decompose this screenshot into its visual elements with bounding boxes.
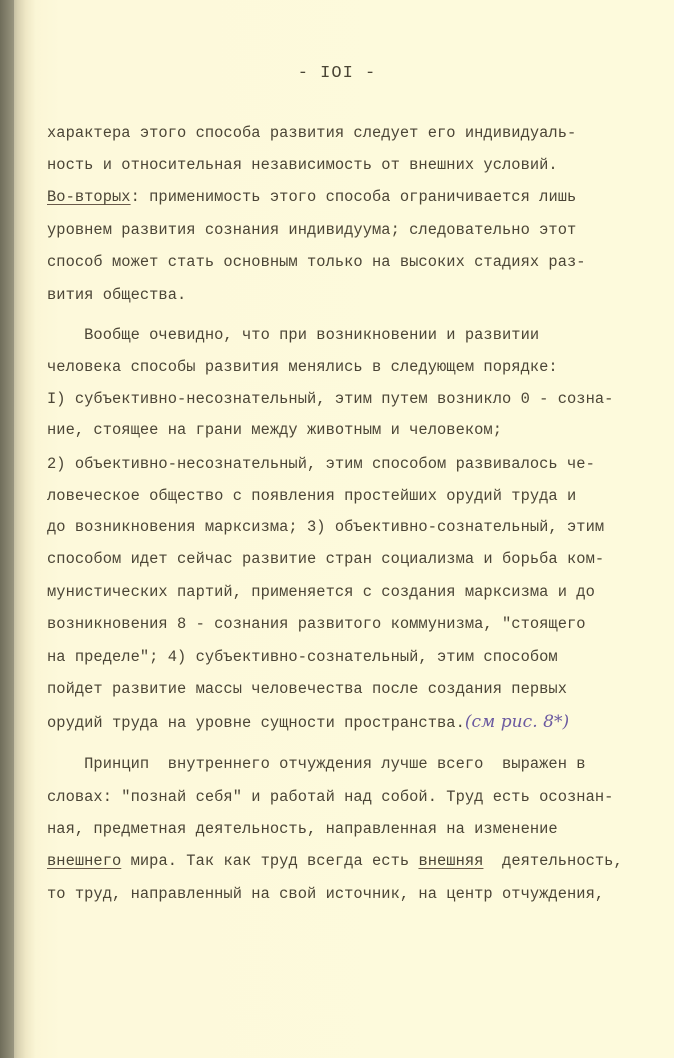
text-line: 2) объективно-несознательный, этим спосо… <box>47 455 595 473</box>
text-line: ловеческое общество с появления простейш… <box>47 487 576 505</box>
text-line: мунистических партий, применяется с созд… <box>47 583 595 601</box>
text-line: пойдет развитие массы человечества после… <box>47 680 567 698</box>
text-line: Принцип внутреннего отчуждения лучше все… <box>47 755 586 773</box>
text-line: на пределе"; 4) субъективно-сознательный… <box>47 648 558 666</box>
text-line: орудий труда на уровне сущности простран… <box>47 712 569 732</box>
text-line: уровнем развития сознания индивидуума; с… <box>47 221 576 239</box>
handwritten-annotation: (см рис. 8*) <box>465 712 569 732</box>
text-line: ная, предметная деятельность, направленн… <box>47 820 558 838</box>
text-span: орудий труда на уровне сущности простран… <box>47 714 465 732</box>
text-line: до возникновения марксизма; 3) объективн… <box>47 518 604 536</box>
text-line: способ может стать основным только на вы… <box>47 253 586 271</box>
underlined-word: внешнего <box>47 852 121 870</box>
text-span: : применимость этого способа ограничивае… <box>131 188 577 206</box>
text-line: то труд, направленный на свой источник, … <box>47 885 604 903</box>
text-line: внешнего мира. Так как труд всегда есть … <box>47 852 623 870</box>
text-line: Во-вторых: применимость этого способа ог… <box>47 188 576 206</box>
underlined-word: внешняя <box>418 852 483 870</box>
text-line: вития общества. <box>47 286 186 304</box>
text-line: ние, стоящее на грани между животным и ч… <box>47 421 502 439</box>
text-line: возникновения 8 - сознания развитого ком… <box>47 615 586 633</box>
text-span: деятельность, <box>483 852 622 870</box>
text-line: словах: "познай себя" и работай над собо… <box>47 788 613 806</box>
text-line: ность и относительная независимость от в… <box>47 156 558 174</box>
page-number: - IOI - <box>0 64 674 83</box>
text-line: Вообще очевидно, что при возникновении и… <box>47 326 539 344</box>
text-span: мира. Так как труд всегда есть <box>121 852 418 870</box>
text-line: I) субъективно-несознательный, этим путе… <box>47 390 613 408</box>
text-line: человека способы развития менялись в сле… <box>47 358 558 376</box>
text-line: способом идет сейчас развитие стран соци… <box>47 550 604 568</box>
binding-edge <box>0 0 14 1058</box>
text-line: характера этого способа развития следует… <box>47 124 576 142</box>
document-page: - IOI - характера этого способа развития… <box>0 0 674 1058</box>
underlined-word: Во-вторых <box>47 188 131 206</box>
